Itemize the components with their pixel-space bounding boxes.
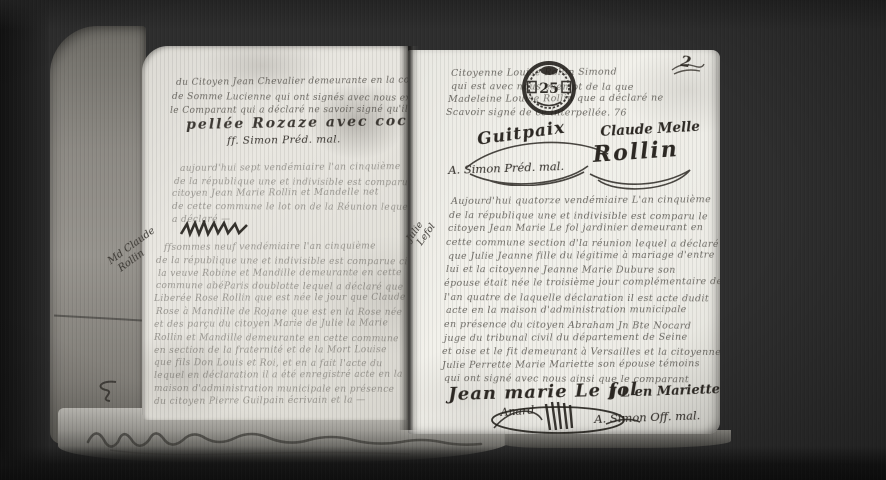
register-scan: du Citoyen Jean Chevalier demeurante en … <box>0 0 886 480</box>
rollin-underline-icon <box>586 168 696 190</box>
handwriting-line: de Somme Lucienne qui ont signés avec no… <box>172 92 408 104</box>
handwriting-line: Rose à Mandille de Rojane que est en la … <box>156 307 402 318</box>
handwriting-line: citoyen Jean Marie Rollin et Mandelle ne… <box>172 188 379 199</box>
dark-background-left <box>0 0 48 480</box>
handwriting-line: en section de la fraternité et de la Mor… <box>154 345 387 356</box>
handwriting-line: cette commune section d'la réunion leque… <box>446 237 719 250</box>
rollin-signature: Rollin <box>592 136 680 168</box>
right-page: 2 Citoyenne Louise Rollin Simond qui est… <box>408 50 720 434</box>
handwriting-line: juge du tribunal civil du département de… <box>444 332 688 344</box>
page-number-flourish-icon <box>670 60 706 76</box>
handwriting-line: citoyen Jean Marie Le fol jardinier deme… <box>448 222 703 234</box>
handwriting-line: et oise et le fit demeurant à Versailles… <box>442 346 720 358</box>
claude-melle-signature: Claude Melle <box>600 119 700 140</box>
handwriting-line: acte en la maison d'administration munic… <box>446 304 687 316</box>
handwriting-line: Aujourd'hui quatorze vendémiaire L'an ci… <box>451 194 711 207</box>
officer-signature-bottom: A. Simon Off. mal. <box>594 408 700 426</box>
cover-squiggle-icon <box>86 376 126 406</box>
handwriting-line: de la république une et indivisible est … <box>449 210 708 222</box>
handwriting-line: lequel en déclaration il a été enregistr… <box>154 370 403 381</box>
officer-signature: ff. Simon Préd. mal. <box>227 133 341 147</box>
handwriting-line: Liberée Rose Rollin que est née le jour … <box>154 293 406 304</box>
handwriting-line: la veuve Robine et Mandille demeurante e… <box>158 268 402 279</box>
handwriting-line: commune abéParis doublotte lequel a décl… <box>156 281 404 293</box>
handwriting-line: et des parçu du citoyen Marie de Julie l… <box>154 318 388 330</box>
ink-scribble-icon <box>178 220 270 238</box>
handwriting-line: Rollin et Mandille demeurante en cette c… <box>154 333 399 344</box>
handwriting-line: aujourd'hui sept vendémiaire l'an cinqui… <box>180 162 401 174</box>
handwriting-line: Julie Perrette Marie Mariette son épouse… <box>442 358 700 371</box>
handwriting-line: ffsommes neuf vendémiaire l'an cinquième <box>164 242 376 253</box>
dark-background-bottom <box>0 446 886 480</box>
handwriting-line: que Julie Jeanne fille du légitime à mar… <box>448 250 715 262</box>
handwriting-line: épouse était née le troisième jour compl… <box>444 276 720 289</box>
stamp-value: 25 <box>539 81 558 97</box>
handwriting-line: du Citoyen Jean Chevalier demeurante en … <box>176 75 408 88</box>
handwriting-emphasis: pellée Rozaze avec cochet <box>186 113 408 133</box>
handwriting-line: l'an quatre de laquelle déclaration il e… <box>444 292 709 304</box>
revenue-stamp-icon: 25 <box>521 60 577 116</box>
handwriting-line: lui et la citoyenne Jeanne Marie Dubure … <box>446 264 676 276</box>
handwriting-line: de cette commune le lot on de la Réunion… <box>172 202 408 213</box>
handwriting-line: maison d'administration municipale en pr… <box>154 384 394 395</box>
handwriting-line: que fils Don Louis et Roi, et en a fait … <box>154 358 383 369</box>
left-page: du Citoyen Jean Chevalier demeurante en … <box>142 46 408 420</box>
handwriting-line: en présence du citoyen Abraham Jn Bte No… <box>444 319 691 332</box>
handwriting-line: du citoyen Pierre Guilpain écrivain et l… <box>154 396 366 407</box>
handwriting-line: de la république une et indivisible est … <box>156 256 408 268</box>
